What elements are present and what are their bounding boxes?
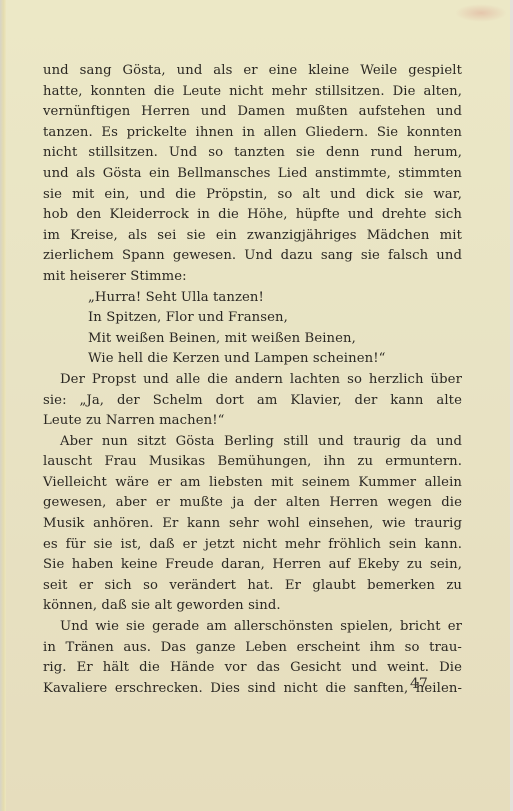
text-line: tanzen. Es prickelte ihnen in allen Glie… bbox=[43, 123, 462, 144]
text-line: hatte, konnten die Leute nicht mehr stil… bbox=[43, 82, 462, 103]
text-line: rig. Er hält die Hände vor das Gesicht u… bbox=[43, 658, 462, 679]
verse-line: Wie hell die Kerzen und Lampen scheinen!… bbox=[43, 349, 462, 370]
text-line: lauscht Frau Musikas Bemühungen, ihn zu … bbox=[43, 452, 462, 473]
text-line: Sie haben keine Freude daran, Herren auf… bbox=[43, 555, 462, 576]
text-line: sie mit ein, und die Pröpstin, so alt un… bbox=[43, 185, 462, 206]
book-page: und sang Gösta, und als er eine kleine W… bbox=[0, 0, 513, 811]
text-line: nicht stillsitzen. Und so tanzten sie de… bbox=[43, 143, 462, 164]
paragraph-start-line: Aber nun sitzt Gösta Berling still und t… bbox=[43, 432, 462, 453]
body-text: und sang Gösta, und als er eine kleine W… bbox=[43, 61, 462, 699]
text-line: hob den Kleiderrock in die Höhe, hüpfte … bbox=[43, 205, 462, 226]
text-line: vernünftigen Herren und Damen mußten auf… bbox=[43, 102, 462, 123]
paragraph-start-line: Und wie sie gerade am allerschönsten spi… bbox=[43, 617, 462, 638]
text-line: Musik anhören. Er kann sehr wohl einsehe… bbox=[43, 514, 462, 535]
text-line: im Kreise, als sei sie ein zwanzigjährig… bbox=[43, 226, 462, 247]
text-line: können, daß sie alt geworden sind. bbox=[43, 596, 462, 617]
page-number: 47 bbox=[410, 676, 428, 692]
text-line: seit er sich so verändert hat. Er glaubt… bbox=[43, 576, 462, 597]
text-line: und als Gösta ein Bellmansches Lied anst… bbox=[43, 164, 462, 185]
text-line: es für sie ist, daß er jetzt nicht mehr … bbox=[43, 535, 462, 556]
text-line: Kavaliere erschrecken. Dies sind nicht d… bbox=[43, 679, 462, 700]
paragraph-start-line: Der Propst und alle die andern lachten s… bbox=[43, 370, 462, 391]
verse-line: „Hurra! Seht Ulla tanzen! bbox=[43, 288, 462, 309]
text-line: zierlichem Spann gewesen. Und dazu sang … bbox=[43, 246, 462, 267]
verse-line: In Spitzen, Flor und Fransen, bbox=[43, 308, 462, 329]
text-line: gewesen, aber er mußte ja der alten Herr… bbox=[43, 493, 462, 514]
text-line: und sang Gösta, und als er eine kleine W… bbox=[43, 61, 462, 82]
text-line: Leute zu Narren machen!“ bbox=[43, 411, 462, 432]
paper-stain bbox=[455, 4, 507, 22]
page-gutter-edge bbox=[0, 0, 6, 811]
verse-line: Mit weißen Beinen, mit weißen Beinen, bbox=[43, 329, 462, 350]
text-line: Vielleicht wäre er am liebsten mit seine… bbox=[43, 473, 462, 494]
text-line: in Tränen aus. Das ganze Leben erscheint… bbox=[43, 638, 462, 659]
text-line: sie: „Ja, der Schelm dort am Klavier, de… bbox=[43, 391, 462, 412]
text-line: mit heiserer Stimme: bbox=[43, 267, 462, 288]
